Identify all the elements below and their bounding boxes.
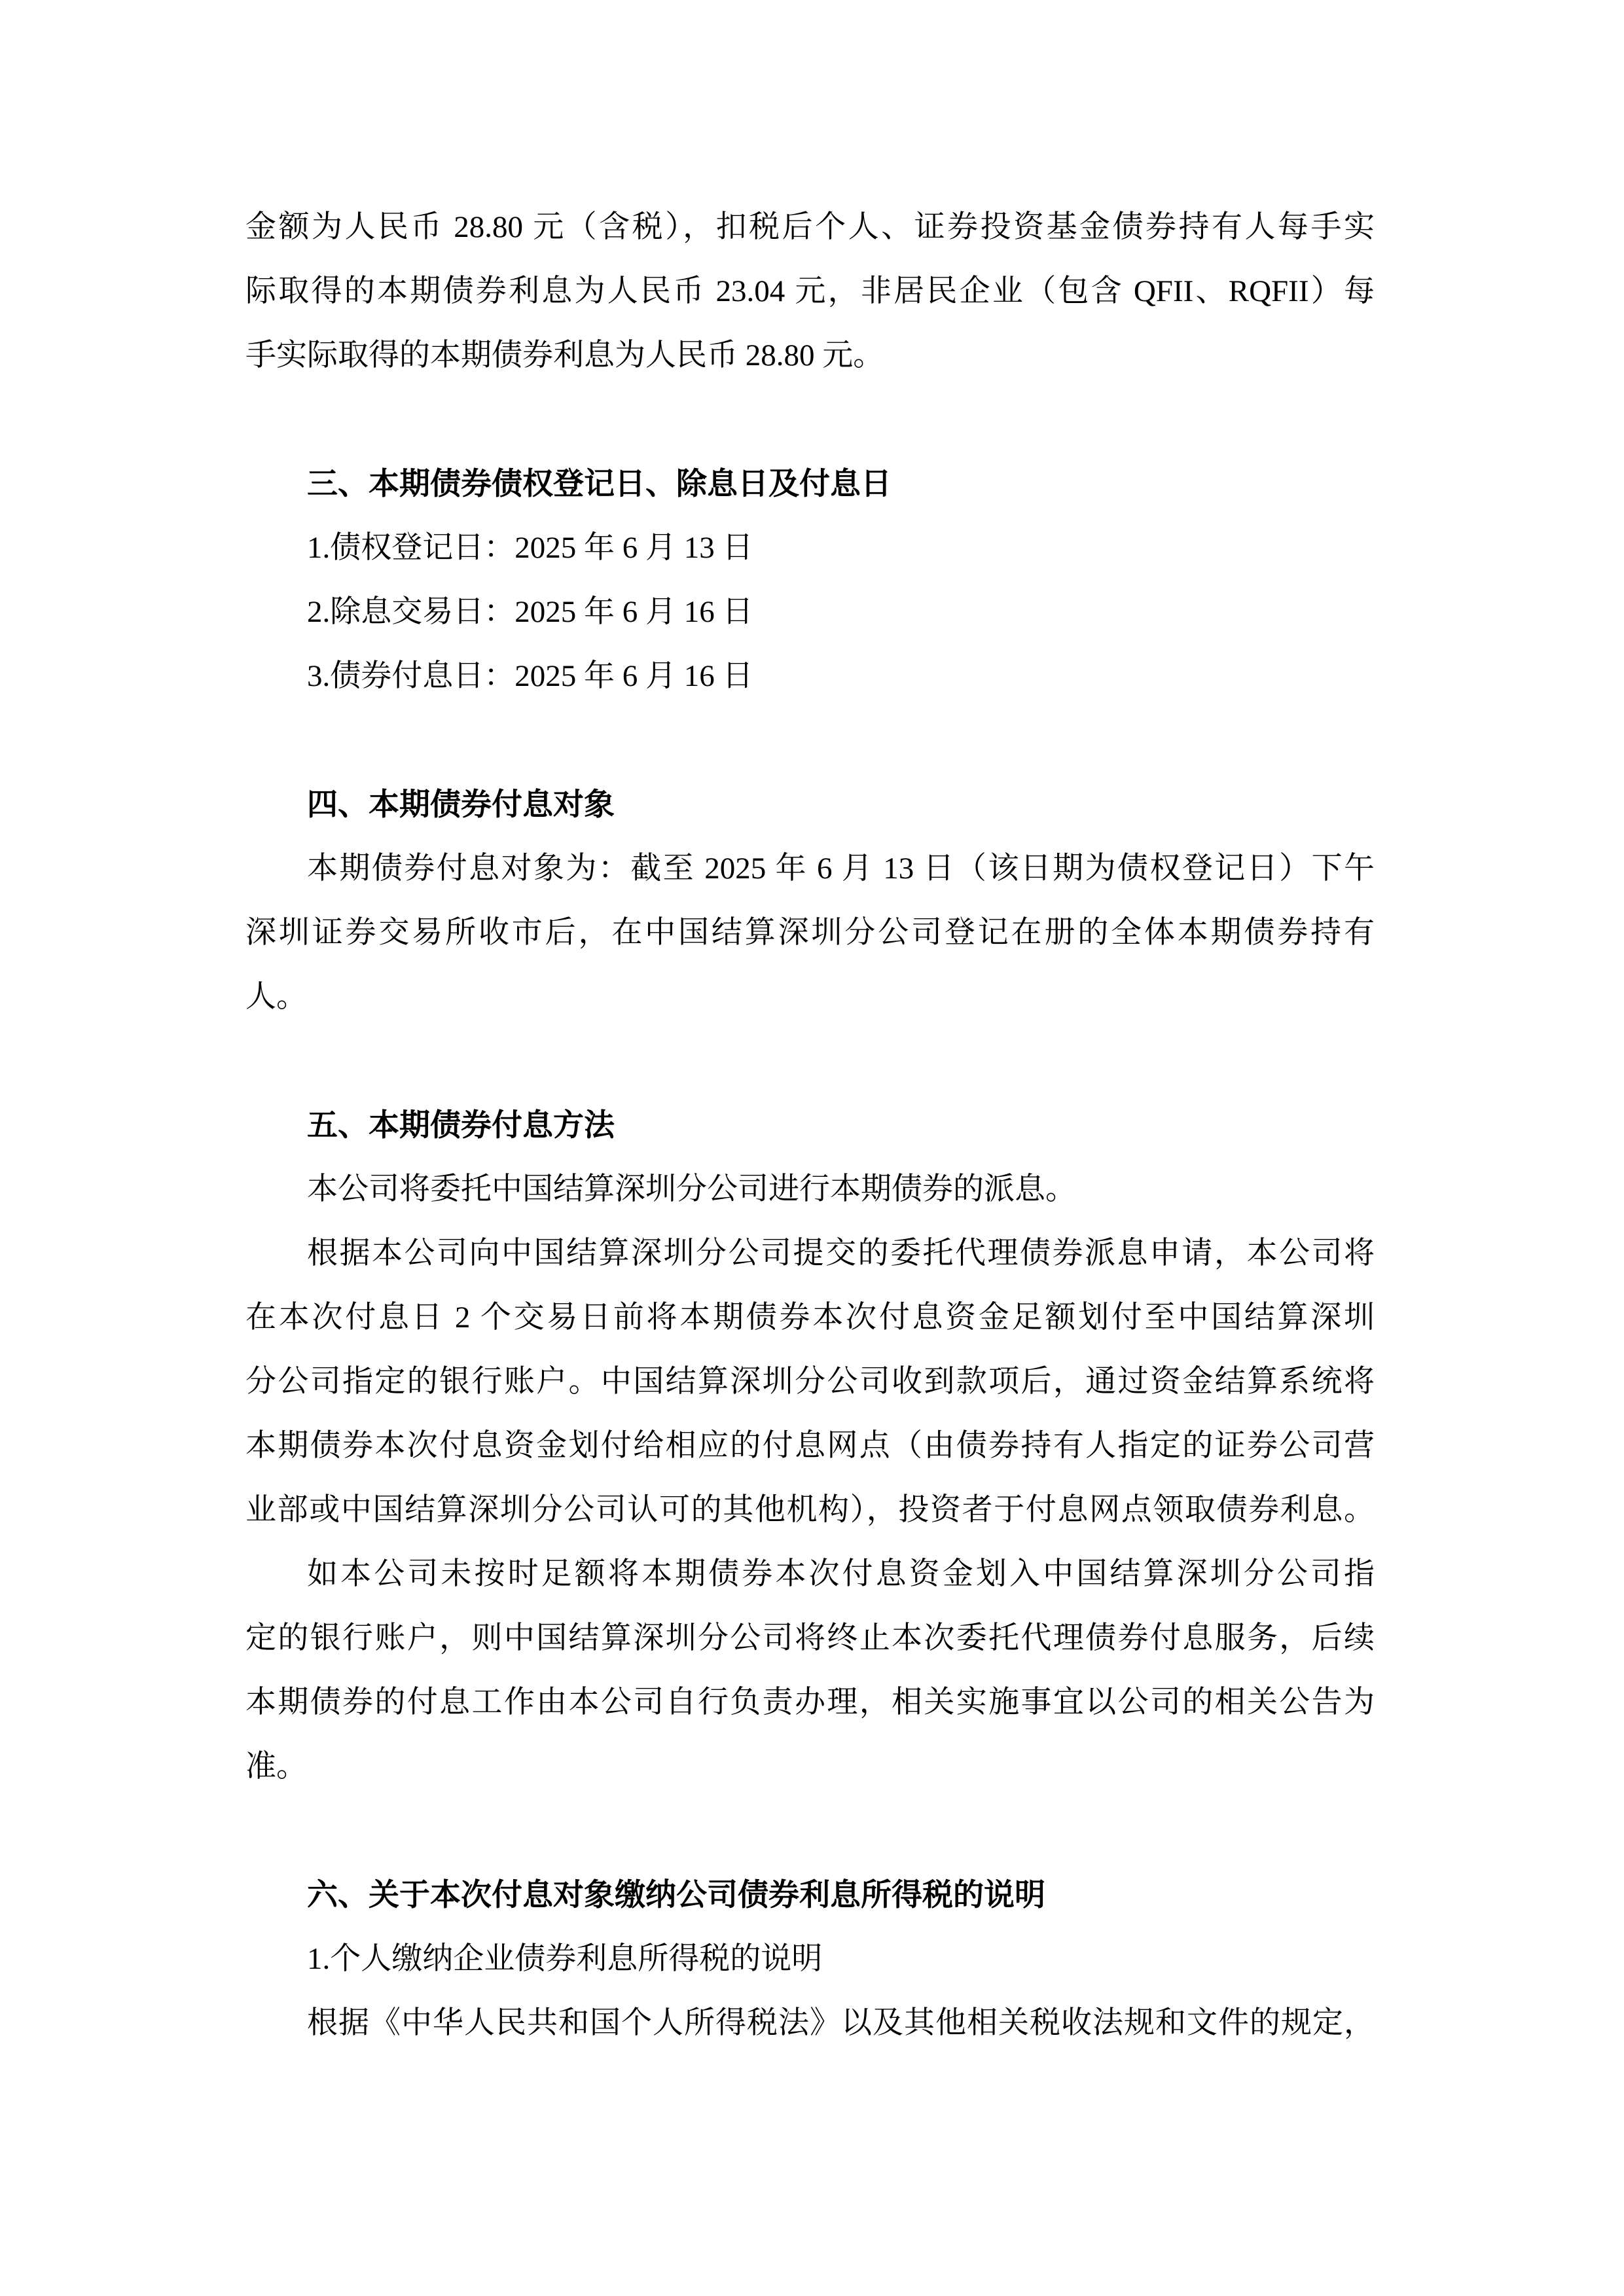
- document-page: 金额为人民币 28.80 元（含税），扣税后个人、证券投资基金债券持有人每手实 …: [0, 0, 1624, 2296]
- section-heading: 三、本期债券债权登记日、除息日及付息日: [245, 452, 1375, 516]
- section-tax-explanation: 六、关于本次付息对象缴纳公司债券利息所得税的说明 1.个人缴纳企业债券利息所得税…: [245, 1863, 1375, 2055]
- text-line: 本期债券的付息工作由本公司自行负责办理，相关实施事宜以公司的相关公告为: [245, 1670, 1375, 1734]
- section-spacer: [245, 1029, 1375, 1093]
- text-line: 如本公司未按时足额将本期债券本次付息资金划入中国结算深圳分公司指: [245, 1542, 1375, 1606]
- section-payment-method: 五、本期债券付息方法 本公司将委托中国结算深圳分公司进行本期债券的派息。 根据本…: [245, 1093, 1375, 1799]
- section-payment-targets: 四、本期债券付息对象 本期债券付息对象为：截至 2025 年 6 月 13 日（…: [245, 772, 1375, 1029]
- list-item: 1.个人缴纳企业债券利息所得税的说明: [245, 1927, 1375, 1991]
- text-line: 准。: [245, 1734, 1375, 1799]
- section-heading: 六、关于本次付息对象缴纳公司债券利息所得税的说明: [245, 1863, 1375, 1927]
- text-line: 际取得的本期债券利息为人民币 23.04 元，非居民企业（包含 QFII、RQF…: [245, 259, 1375, 323]
- document-text-block: 金额为人民币 28.80 元（含税），扣税后个人、证券投资基金债券持有人每手实 …: [245, 195, 1375, 2055]
- text-line: 在本次付息日 2 个交易日前将本期债券本次付息资金足额划付至中国结算深圳: [245, 1285, 1375, 1350]
- list-item: 1.债权登记日：2025 年 6 月 13 日: [245, 516, 1375, 580]
- text-line: 手实际取得的本期债券利息为人民币 28.80 元。: [245, 323, 1375, 387]
- text-line: 分公司指定的银行账户。中国结算深圳分公司收到款项后，通过资金结算系统将: [245, 1350, 1375, 1414]
- text-line: 本公司将委托中国结算深圳分公司进行本期债券的派息。: [245, 1157, 1375, 1221]
- text-line: 金额为人民币 28.80 元（含税），扣税后个人、证券投资基金债券持有人每手实: [245, 195, 1375, 259]
- text-line: 根据本公司向中国结算深圳分公司提交的委托代理债券派息申请，本公司将: [245, 1221, 1375, 1285]
- text-line: 定的银行账户，则中国结算深圳分公司将终止本次委托代理债券付息服务，后续: [245, 1606, 1375, 1670]
- text-line: 业部或中国结算深圳分公司认可的其他机构），投资者于付息网点领取债券利息。: [245, 1478, 1375, 1542]
- section-spacer: [245, 1799, 1375, 1863]
- section-registration-dates: 三、本期债券债权登记日、除息日及付息日 1.债权登记日：2025 年 6 月 1…: [245, 452, 1375, 708]
- text-line: 人。: [245, 965, 1375, 1029]
- list-item: 2.除息交易日：2025 年 6 月 16 日: [245, 580, 1375, 644]
- text-line: 深圳证券交易所收市后，在中国结算深圳分公司登记在册的全体本期债券持有: [245, 901, 1375, 965]
- intro-paragraph: 金额为人民币 28.80 元（含税），扣税后个人、证券投资基金债券持有人每手实 …: [245, 195, 1375, 387]
- list-item: 3.债券付息日：2025 年 6 月 16 日: [245, 644, 1375, 708]
- section-spacer: [245, 708, 1375, 772]
- text-line: 根据《中华人民共和国个人所得税法》以及其他相关税收法规和文件的规定，: [245, 1991, 1375, 2055]
- section-heading: 四、本期债券付息对象: [245, 772, 1375, 836]
- section-spacer: [245, 387, 1375, 452]
- text-line: 本期债券付息对象为：截至 2025 年 6 月 13 日（该日期为债权登记日）下…: [245, 836, 1375, 901]
- text-line: 本期债券本次付息资金划付给相应的付息网点（由债券持有人指定的证券公司营: [245, 1414, 1375, 1478]
- section-heading: 五、本期债券付息方法: [245, 1093, 1375, 1157]
